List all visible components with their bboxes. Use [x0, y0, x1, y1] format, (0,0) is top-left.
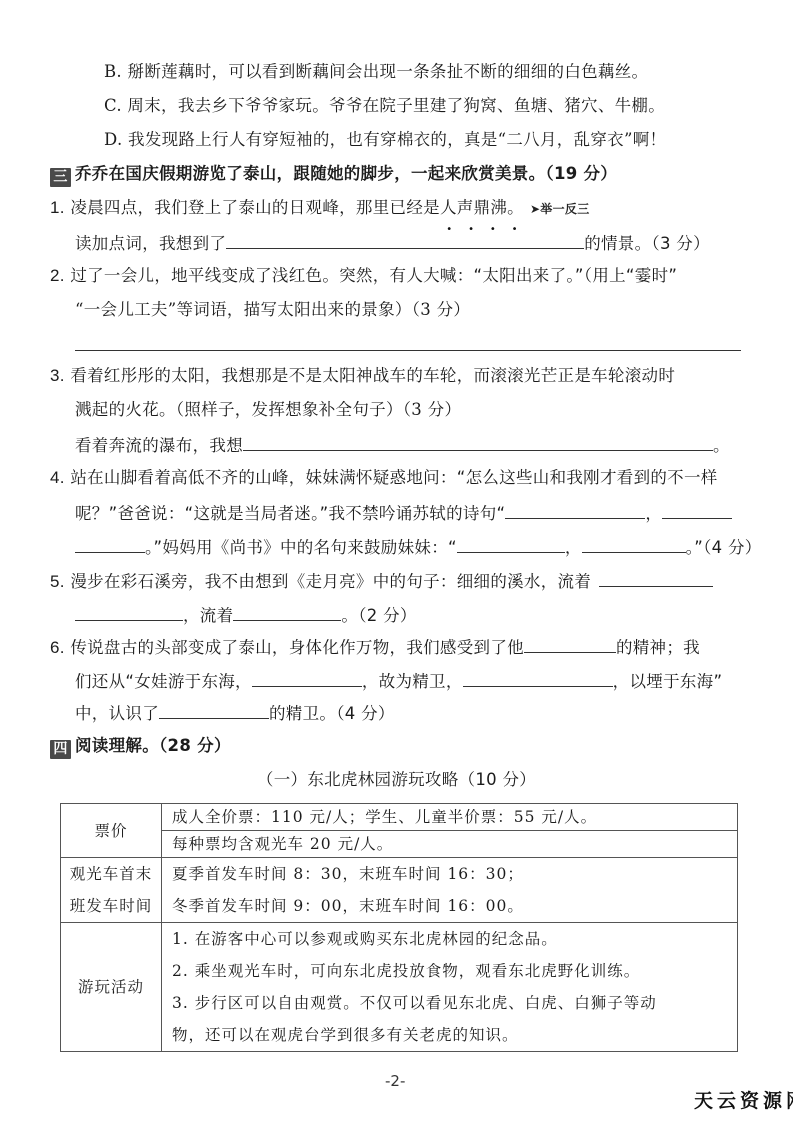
section-3-badge: 三 [50, 168, 71, 187]
label-line: 班发车时间 [61, 890, 161, 922]
section-4-badge: 四 [50, 740, 71, 759]
answer-blank-q6-1[interactable] [524, 636, 616, 653]
watermark: 天云资源网 [694, 1086, 793, 1113]
question-text: 漫步在彩石溪旁，我不由想到《走月亮》中的句子：细细的溪水，流着 [70, 572, 591, 591]
question-text: 站在山脚看着高低不齐的山峰，妹妹满怀疑惑地问：“怎么这些山和我刚才看到的不一样 [70, 468, 717, 487]
answer-blank-q4-4[interactable] [582, 536, 686, 553]
option-d: D. 我发现路上行人有穿短袖的，也有穿棉衣的，真是“二八月，乱穿衣”啊！ [104, 130, 666, 150]
question-text: ，故为精卫， [362, 672, 463, 691]
cell-line: 夏季首发车时间 8：30，末班车时间 16：30； [172, 858, 737, 890]
table-cell: 1. 在游客中心可以参观或购买东北虎林园的纪念品。 2. 乘坐观光车时，可向东北… [162, 923, 738, 1052]
question-5-line-2: ，流着。（2 分） [75, 604, 417, 626]
question-text: 中，认识了 [75, 704, 159, 723]
table-label-shuttle-times: 观光车首末 班发车时间 [61, 858, 162, 923]
label-line: 观光车首末 [61, 858, 161, 890]
answer-blank-q3[interactable] [243, 434, 713, 451]
answer-blank-q4-1[interactable] [505, 502, 645, 519]
question-text: 看着奔流的瀑布，我想 [75, 436, 243, 455]
question-1-line-1: 1. 凌晨四点，我们登上了泰山的日观峰，那里已经是人声鼎沸 • • • •。➤举… [50, 198, 590, 219]
question-text: 的情景。（3 分） [584, 234, 710, 253]
question-1-line-2: 读加点词，我想到了的情景。（3 分） [75, 232, 710, 254]
question-text: 。”妈妈用《尚书》中的名句来鼓励妹妹：“ [145, 538, 457, 557]
cell-line: 1. 在游客中心可以参观或购买东北虎林园的纪念品。 [172, 923, 737, 955]
table-label-ticket-price: 票价 [61, 804, 162, 858]
option-b: B. 掰断莲藕时，可以看到断藕间会出现一条条扯不断的细细的白色藕丝。 [104, 62, 648, 82]
answer-blank-q5-2[interactable] [233, 604, 341, 621]
section-4-title: 阅读理解。（28 分） [75, 736, 231, 755]
question-text: 的精卫。（4 分） [269, 704, 395, 723]
answer-blank-q6-3[interactable] [463, 670, 613, 687]
question-text: 呢？”爸爸说：“这就是当局者迷。”我不禁吟诵苏轼的诗句“ [75, 504, 505, 523]
question-4-line-2: 呢？”爸爸说：“这就是当局者迷。”我不禁吟诵苏轼的诗句“， [75, 502, 732, 524]
question-3-line-2: 溅起的火花。（照样子，发挥想象补全句子）（3 分） [75, 400, 461, 420]
answer-blank-q4-2-cont[interactable] [75, 536, 145, 553]
passage-title: （一）东北虎林园游玩攻略（10 分） [0, 770, 793, 790]
question-number: 3. [50, 366, 65, 385]
dotted-word: 人声鼎沸 • • • • [440, 198, 507, 218]
cell-line: 物，还可以在观虎台学到很多有关老虎的知识。 [172, 1019, 737, 1051]
table-cell: 每种票均含观光车 20 元/人。 [162, 831, 738, 858]
emphasized-word: 人声鼎沸 [440, 198, 507, 217]
cell-line: 3. 步行区可以自由观赏。不仅可以看见东北虎、白虎、白狮子等动 [172, 987, 737, 1019]
answer-blank-q6-2[interactable] [252, 670, 362, 687]
question-4-line-1: 4. 站在山脚看着高低不齐的山峰，妹妹满怀疑惑地问：“怎么这些山和我刚才看到的不… [50, 468, 718, 488]
section-3-heading: 三乔乔在国庆假期游览了泰山，跟随她的脚步，一起来欣赏美景。（19 分） [50, 164, 617, 187]
question-text: 凌晨四点，我们登上了泰山的日观峰，那里已经是 [70, 198, 440, 217]
question-text: 。”（4 分） [686, 538, 762, 557]
option-c: C. 周末，我去乡下爷爷家玩。爷爷在院子里建了狗窝、鱼塘、猪穴、牛棚。 [104, 96, 665, 116]
table-label-activities: 游玩活动 [61, 923, 162, 1052]
question-text: 看着红彤彤的太阳，我想那是不是太阳神战车的车轮，而滚滚光芒正是车轮滚动时 [70, 366, 675, 385]
answer-line-q2[interactable] [75, 350, 741, 351]
question-2-line-1: 2. 过了一会儿，地平线变成了浅红色。突然，有人大喊：“太阳出来了。”（用上“霎… [50, 266, 677, 286]
question-2-line-2: “一会儿工夫”等词语，描写太阳出来的景象）（3 分） [75, 300, 470, 320]
question-number: 1. [50, 198, 65, 217]
cell-line: 2. 乘坐观光车时，可向东北虎投放食物，观看东北虎野化训练。 [172, 955, 737, 987]
question-6-line-3: 中，认识了的精卫。（4 分） [75, 702, 395, 724]
table-cell: 成人全价票：110 元/人；学生、儿童半价票：55 元/人。 [162, 804, 738, 831]
punct: 。 [507, 198, 524, 217]
question-text: 。（2 分） [341, 606, 416, 625]
question-number: 2. [50, 266, 65, 285]
question-4-line-3: 。”妈妈用《尚书》中的名句来鼓励妹妹：“，。”（4 分） [75, 536, 762, 558]
section-3-title: 乔乔在国庆假期游览了泰山，跟随她的脚步，一起来欣赏美景。（19 分） [75, 164, 617, 183]
question-text: ，以堙于东海” [613, 672, 723, 691]
question-text: 的精神；我 [616, 638, 700, 657]
question-text: ，流着 [183, 606, 233, 625]
table-cell: 夏季首发车时间 8：30，末班车时间 16：30； 冬季首发车时间 9：00，末… [162, 858, 738, 923]
answer-blank-q6-4[interactable] [159, 702, 269, 719]
question-6-line-2: 们还从“女娃游于东海，，故为精卫，，以堙于东海” [75, 670, 722, 692]
practice-tag: ➤举一反三 [530, 202, 590, 216]
answer-blank-q5-1[interactable] [599, 570, 713, 587]
answer-blank-q1[interactable] [226, 232, 584, 249]
cell-line: 冬季首发车时间 9：00，末班车时间 16：00。 [172, 890, 737, 922]
punct: 。 [713, 436, 730, 455]
answer-blank-q5-1-cont[interactable] [75, 604, 183, 621]
answer-blank-q4-3[interactable] [457, 536, 565, 553]
answer-blank-q4-2[interactable] [662, 502, 732, 519]
question-number: 5. [50, 572, 65, 591]
tiger-park-info-table: 票价 成人全价票：110 元/人；学生、儿童半价票：55 元/人。 每种票均含观… [60, 803, 738, 1052]
punct: ， [565, 538, 582, 557]
question-6-line-1: 6. 传说盘古的头部变成了泰山，身体化作万物，我们感受到了他的精神；我 [50, 636, 700, 658]
question-text: 过了一会儿，地平线变成了浅红色。突然，有人大喊：“太阳出来了。”（用上“霎时” [70, 266, 677, 285]
section-4-heading: 四阅读理解。（28 分） [50, 736, 231, 759]
question-text: 读加点词，我想到了 [75, 234, 226, 253]
question-text: 传说盘古的头部变成了泰山，身体化作万物，我们感受到了他 [70, 638, 524, 657]
question-number: 6. [50, 638, 65, 657]
question-5-line-1: 5. 漫步在彩石溪旁，我不由想到《走月亮》中的句子：细细的溪水，流着 [50, 570, 713, 592]
question-text: 们还从“女娃游于东海， [75, 672, 252, 691]
punct: ， [645, 504, 662, 523]
question-3-line-1: 3. 看着红彤彤的太阳，我想那是不是太阳神战车的车轮，而滚滚光芒正是车轮滚动时 [50, 366, 675, 386]
question-3-line-3: 看着奔流的瀑布，我想。 [75, 434, 730, 456]
question-number: 4. [50, 468, 65, 487]
page-number: -2- [385, 1072, 405, 1090]
